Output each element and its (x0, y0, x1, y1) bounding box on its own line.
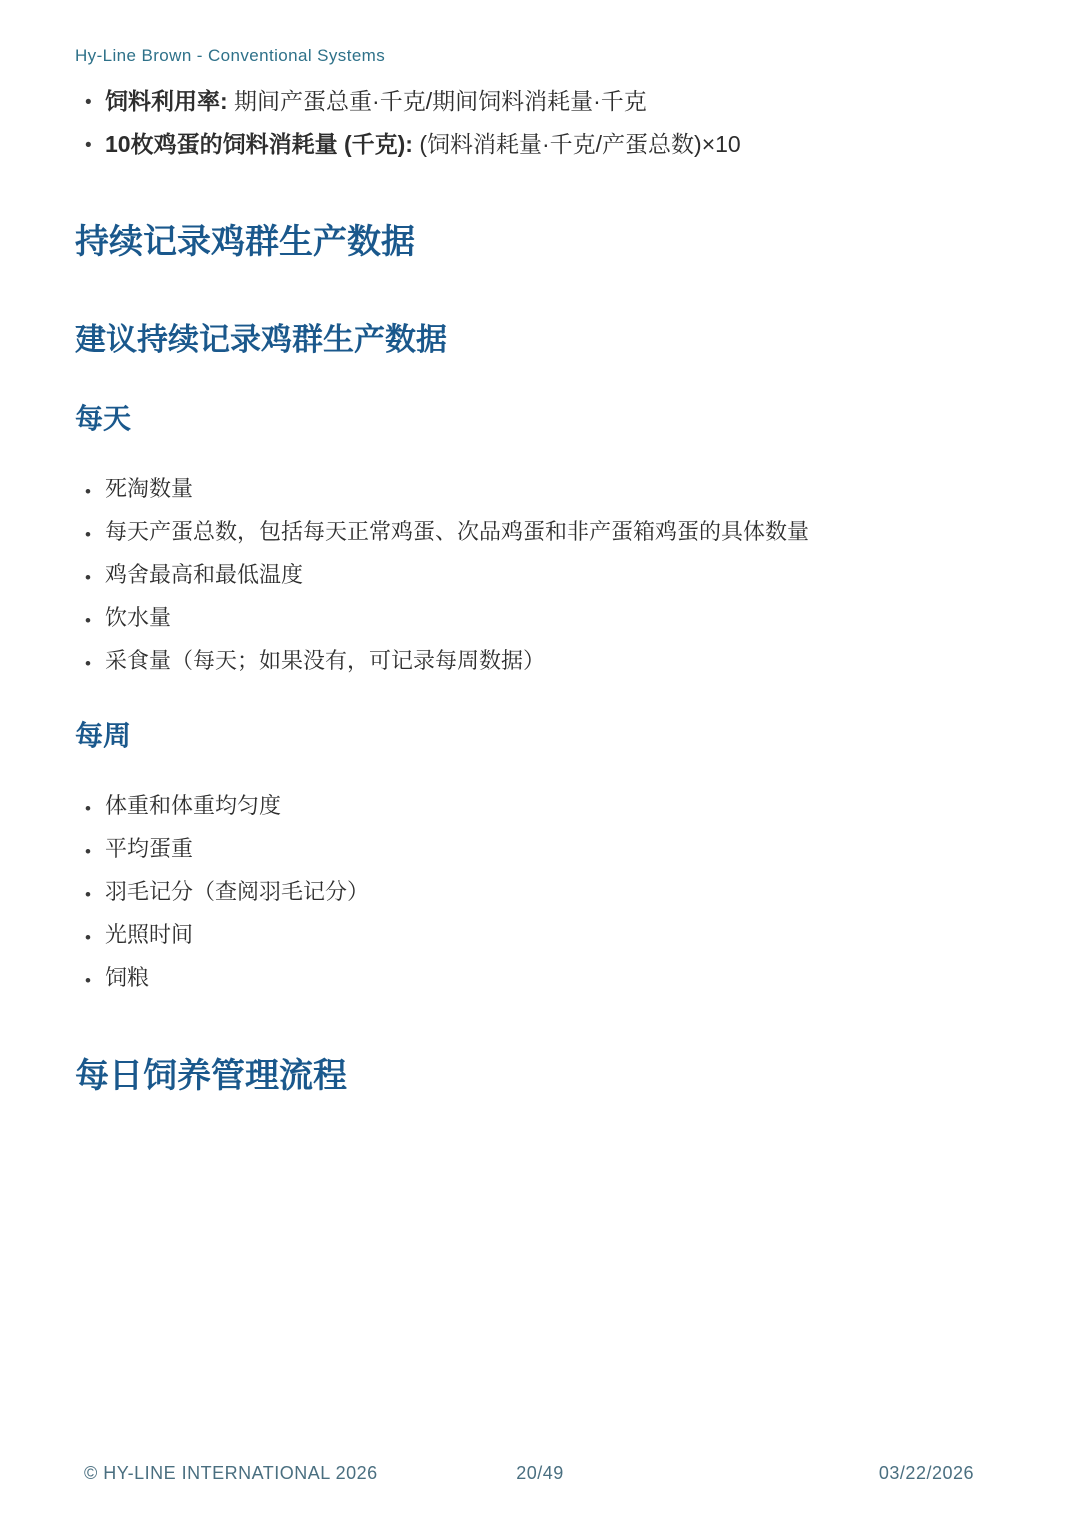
footer-date: 03/22/2026 (879, 1463, 974, 1484)
term-definition: (饲料消耗量·千克/产蛋总数)×10 (413, 131, 741, 157)
list-item: 羽毛记分（查阅羽毛记分） (75, 879, 1005, 905)
list-item: 饮水量 (75, 605, 1005, 631)
list-item: 鸡舍最高和最低温度 (75, 562, 1005, 588)
subsection-title-weekly: 每周 (75, 720, 1005, 751)
term-label: 饲料利用率: (105, 88, 228, 114)
list-item: 采食量（每天；如果没有，可记录每周数据） (75, 648, 1005, 674)
list-item: 饲粮 (75, 965, 1005, 991)
section-title-daily-routine: 每日饲养管理流程 (75, 1057, 1005, 1095)
list-item: 体重和体重均匀度 (75, 793, 1005, 819)
daily-records-list: 死淘数量 每天产蛋总数，包括每天正常鸡蛋、次品鸡蛋和非产蛋箱鸡蛋的具体数量 鸡舍… (75, 476, 1005, 674)
term-label: 10枚鸡蛋的饲料消耗量 (千克): (105, 131, 413, 157)
running-header: Hy-Line Brown - Conventional Systems (75, 46, 1005, 66)
list-item: 每天产蛋总数，包括每天正常鸡蛋、次品鸡蛋和非产蛋箱鸡蛋的具体数量 (75, 519, 1005, 545)
weekly-records-list: 体重和体重均匀度 平均蛋重 羽毛记分（查阅羽毛记分） 光照时间 饲粮 (75, 793, 1005, 991)
list-item: 死淘数量 (75, 476, 1005, 502)
term-definition: 期间产蛋总重·千克/期间饲料消耗量·千克 (228, 88, 647, 114)
formula-list: 饲料利用率: 期间产蛋总重·千克/期间饲料消耗量·千克 10枚鸡蛋的饲料消耗量 … (75, 88, 1005, 157)
list-item: 平均蛋重 (75, 836, 1005, 862)
section-title-flock-records: 持续记录鸡群生产数据 (75, 223, 1005, 261)
subsection-title-daily: 每天 (75, 403, 1005, 434)
document-page: Hy-Line Brown - Conventional Systems 饲料利… (0, 0, 1080, 1528)
subsection-title-recommended-records: 建议持续记录鸡群生产数据 (75, 323, 1005, 357)
page-footer: © HY-LINE INTERNATIONAL 2026 20/49 03/22… (0, 1463, 1080, 1487)
list-item-feed-per-10-eggs: 10枚鸡蛋的饲料消耗量 (千克): (饲料消耗量·千克/产蛋总数)×10 (75, 131, 1005, 157)
list-item: 光照时间 (75, 922, 1005, 948)
page-content: Hy-Line Brown - Conventional Systems 饲料利… (0, 0, 1080, 1095)
list-item-feed-utilization: 饲料利用率: 期间产蛋总重·千克/期间饲料消耗量·千克 (75, 88, 1005, 114)
